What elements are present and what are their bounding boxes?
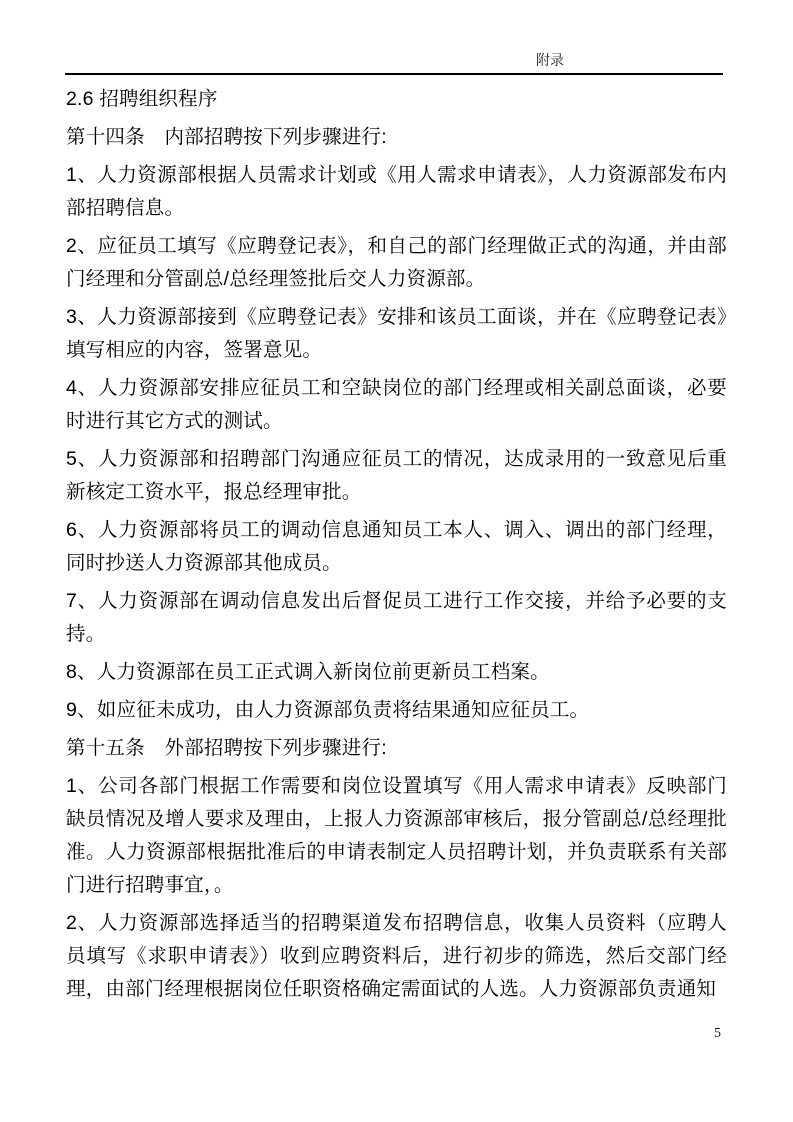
article-14-step-8: 8、人力资源部在员工正式调入新岗位前更新员工档案。 [66, 656, 727, 689]
article-15-step-1: 1、公司各部门根据工作需要和岗位设置填写《用人需求申请表》反映部门缺员情况及增人… [66, 770, 727, 902]
article-14-step-7: 7、人力资源部在调动信息发出后督促员工进行工作交接，并给予必要的支持。 [66, 585, 727, 651]
article-14-heading: 第十四条 内部招聘按下列步骤进行: [66, 121, 727, 154]
page-number: 5 [66, 1026, 721, 1042]
header-appendix-label: 附录 [536, 54, 564, 70]
article-14-step-9: 9、如应征未成功，由人力资源部负责将结果通知应征员工。 [66, 694, 727, 727]
section-title: 2.6 招聘组织程序 [66, 83, 727, 116]
article-14-step-3: 3、人力资源部接到《应聘登记表》安排和该员工面谈，并在《应聘登记表》填写相应的内… [66, 301, 727, 367]
article-15-step-2: 2、人力资源部选择适当的招聘渠道发布招聘信息，收集人员资料（应聘人员填写《求职申… [66, 907, 727, 1006]
document-page: 附录 2.6 招聘组织程序 第十四条 内部招聘按下列步骤进行: 1、人力资源部根… [0, 0, 793, 1122]
article-14-step-6: 6、人力资源部将员工的调动信息通知员工本人、调入、调出的部门经理，同时抄送人力资… [66, 514, 727, 580]
article-14-step-4: 4、人力资源部安排应征员工和空缺岗位的部门经理或相关副总面谈，必要时进行其它方式… [66, 372, 727, 438]
article-14-step-2: 2、应征员工填写《应聘登记表》，和自己的部门经理做正式的沟通，并由部门经理和分管… [66, 230, 727, 296]
article-14-step-1: 1、人力资源部根据人员需求计划或《用人需求申请表》，人力资源部发布内部招聘信息。 [66, 159, 727, 225]
document-body: 2.6 招聘组织程序 第十四条 内部招聘按下列步骤进行: 1、人力资源部根据人员… [66, 83, 727, 1011]
article-14-step-5: 5、人力资源部和招聘部门沟通应征员工的情况，达成录用的一致意见后重新核定工资水平… [66, 443, 727, 509]
article-15-heading: 第十五条 外部招聘按下列步骤进行: [66, 732, 727, 765]
page-header: 附录 [65, 0, 723, 75]
